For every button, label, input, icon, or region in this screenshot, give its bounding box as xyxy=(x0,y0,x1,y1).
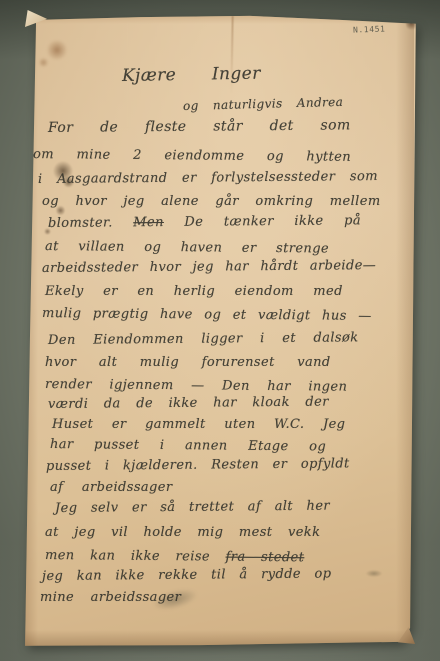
handwriting-line: værdi da de ikke har kloak der xyxy=(48,395,329,412)
handwriting-line: hvor alt mulig forurenset vand xyxy=(45,355,331,370)
handwriting-line: Huset er gammelt uten W.C. Jeg xyxy=(52,417,345,432)
handwriting-line: Ekely er en herlig eiendom med xyxy=(45,284,343,299)
handwriting-text: men kan ikke reise xyxy=(45,548,226,565)
handwriting-line: at jeg vil holde mig mest vekk xyxy=(45,525,320,540)
handwriting-line: pusset i kjælderen. Resten er opfyldt xyxy=(46,456,350,474)
handwriting-line: af arbeidssager xyxy=(50,480,172,495)
handwriting-line: men kan ikke reise fra stedet xyxy=(45,548,304,565)
handwriting-line: arbeidssteder hvor jeg har hårdt arbeide… xyxy=(42,258,376,276)
paper-shadow-wrap: N.1451 Kjære Ingerog naturligvis AndreaF… xyxy=(0,0,440,661)
handwriting-line: mulig prægtig have og et vældigt hus — xyxy=(42,306,372,324)
handwritten-letter-text: Kjære Ingerog naturligvis AndreaFor de f… xyxy=(0,0,440,661)
handwriting-line: blomster. Men De tænker ikke på xyxy=(48,213,361,231)
struck-text: Men xyxy=(133,215,164,230)
handwriting-line: render igjennem — Den har ingen xyxy=(45,377,347,395)
handwriting-line: og hvor jeg alene går omkring mellem xyxy=(42,194,381,209)
handwriting-line: mine arbeidssager xyxy=(40,590,181,605)
struck-text: fra stedet xyxy=(225,550,304,566)
handwriting-line: at villaen og haven er strenge xyxy=(45,239,329,256)
handwriting-line: har pusset i annen Etage og xyxy=(50,437,326,454)
handwriting-line: Kjære Inger xyxy=(122,64,261,86)
handwriting-line: For de fleste står det som xyxy=(48,117,351,136)
handwriting-line: Den Eiendommen ligger i et dalsøk xyxy=(48,330,359,348)
handwriting-line: jeg kan ikke rekke til å rydde op xyxy=(42,566,332,584)
photograph-of-letter: N.1451 Kjære Ingerog naturligvis AndreaF… xyxy=(0,0,440,661)
handwriting-line: Jeg selv er så trettet af alt her xyxy=(55,499,330,516)
handwriting-line: og naturligvis Andrea xyxy=(183,95,344,113)
handwriting-line: i Aasgaardstrand er forlystelsessteder s… xyxy=(38,169,378,187)
handwriting-text: De tænker ikke på xyxy=(164,213,361,230)
letter-paper: N.1451 Kjære Ingerog naturligvis AndreaF… xyxy=(0,0,440,661)
handwriting-text: blomster. xyxy=(48,215,133,231)
handwriting-line: om mine 2 eiendomme og hytten xyxy=(33,147,351,165)
